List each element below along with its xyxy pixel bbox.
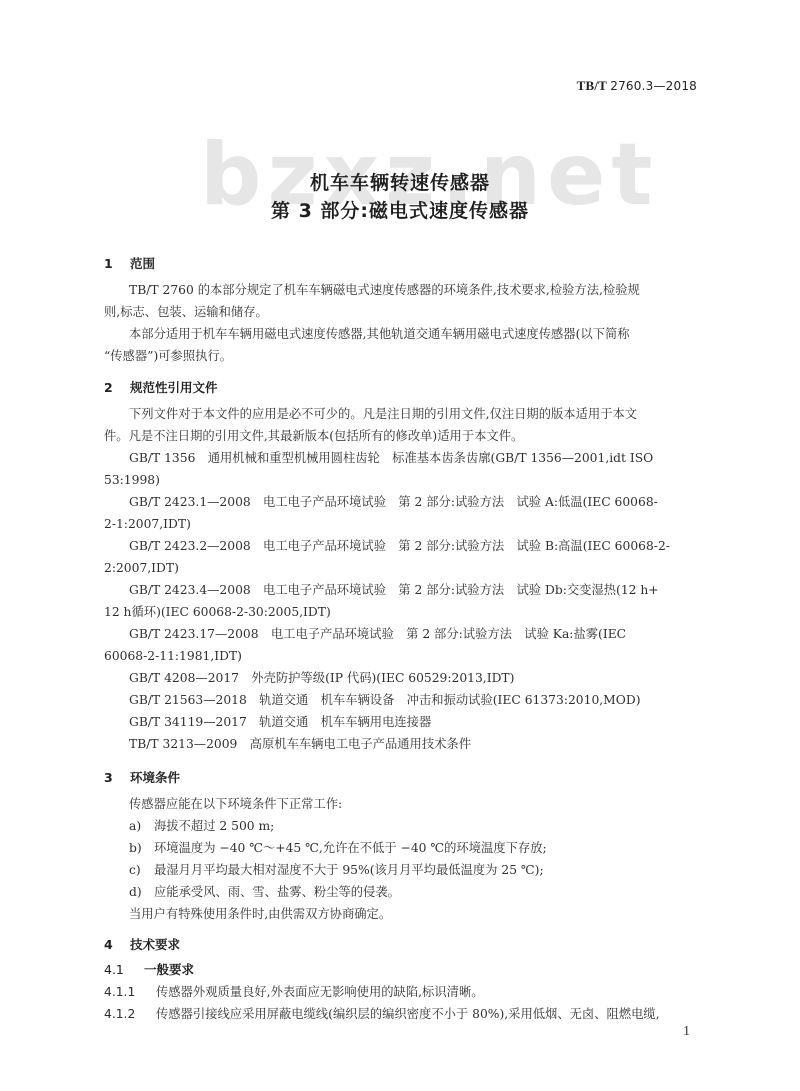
reference-entry: GB/T 1356 通用机械和重型机械用圆柱齿轮 标准基本齿条齿廓(GB/T 1… [129,447,700,469]
reference-entry-cont: 53:1998) [104,469,700,491]
subsection-number: 4.1 [104,962,144,977]
reference-entry: GB/T 21563—2018 轨道交通 机车车辆设备 冲击和振动试验(IEC … [129,689,700,711]
paragraph-line: TB/T 2760 的本部分规定了机车车辆磁电式速度传感器的环境条件,技术要求,… [129,279,700,301]
section-heading-3: 3环境条件 [104,768,180,786]
reference-entry: TB/T 3213—2009 高原机车车辆电工电子产品通用技术条件 [129,733,700,755]
reference-entry: GB/T 2423.1—2008 电工电子产品环境试验 第 2 部分:试验方法 … [129,491,700,513]
paragraph-line: “传感器”)可参照执行。 [104,345,700,367]
clause: 4.1.2传感器引接线应采用屏蔽电缆线(编织层的编织密度不小于 80%),采用低… [104,1004,660,1022]
reference-entry-cont: 2:2007,IDT) [104,557,700,579]
document-title: 机车车辆转速传感器 [0,168,800,195]
reference-entry-cont: 60068-2-11:1981,IDT) [104,645,700,667]
reference-entry: GB/T 2423.4—2008 电工电子产品环境试验 第 2 部分:试验方法 … [129,579,700,601]
clause-number: 4.1.1 [104,985,156,999]
reference-entry-cont: 12 h循环)(IEC 60068-2-30:2005,IDT) [104,601,700,623]
section-number: 2 [104,380,130,395]
reference-entry: GB/T 2423.17—2008 电工电子产品环境试验 第 2 部分:试验方法… [129,623,700,645]
standard-number-header: TB/T 2760.3—2018 [577,78,697,94]
reference-entry-cont: 2-1:2007,IDT) [104,513,700,535]
list-marker: d) [129,881,154,903]
standard-prefix: TB/T [577,78,607,93]
paragraph-line: 则,标志、包装、运输和储存。 [104,301,700,323]
clause-text: 传感器引接线应采用屏蔽电缆线(编织层的编织密度不小于 80%),采用低烟、无卤、… [156,1007,660,1021]
section-title: 技术要求 [130,937,180,952]
clause: 4.1.1传感器外观质量良好,外表面应无影响使用的缺陷,标识清晰。 [104,982,484,1000]
clause-number: 4.1.2 [104,1007,156,1021]
reference-entry: GB/T 2423.2—2008 电工电子产品环境试验 第 2 部分:试验方法 … [129,535,700,557]
paragraph-line: 下列文件对于本文件的应用是必不可少的。凡是注日期的引用文件,仅注日期的版本适用于… [129,403,700,425]
section-number: 3 [104,770,130,785]
reference-entry: GB/T 34119—2017 轨道交通 机车车辆用电连接器 [129,711,700,733]
clause-text: 传感器外观质量良好,外表面应无影响使用的缺陷,标识清晰。 [156,985,484,999]
list-item: c)最湿月月平均最大相对湿度不大于 95%(该月月平均最低温度为 25 ℃); [129,859,544,881]
section-title: 规范性引用文件 [130,380,218,395]
section-heading-2: 2规范性引用文件 [104,378,218,396]
subsection-title: 一般要求 [144,962,194,977]
paragraph-line: 当用户有特殊使用条件时,由供需双方协商确定。 [129,903,700,925]
section-number: 4 [104,937,130,952]
subsection-heading: 4.1一般要求 [104,960,194,978]
standard-code: 2760.3—2018 [610,79,697,93]
list-item: b)环境温度为 −40 ℃～+45 ℃,允许在不低于 −40 ℃的环境温度下存放… [129,837,547,859]
list-item: a)海拔不超过 2 500 m; [129,815,274,837]
section-number: 1 [104,256,130,271]
list-item: d)应能承受风、雨、雪、盐雾、粉尘等的侵袭。 [129,881,400,903]
list-text: 海拔不超过 2 500 m; [154,819,274,833]
document-page: bzxz.net TB/T 2760.3—2018 机车车辆转速传感器 第 3 … [0,0,800,1091]
section-heading-1: 1范围 [104,254,155,272]
section-heading-4: 4技术要求 [104,935,180,953]
list-marker: b) [129,837,154,859]
list-marker: c) [129,859,154,881]
paragraph-line: 本部分适用于机车车辆用磁电式速度传感器,其他轨道交通车辆用磁电式速度传感器(以下… [129,323,700,345]
list-marker: a) [129,815,154,837]
list-text: 应能承受风、雨、雪、盐雾、粉尘等的侵袭。 [154,885,400,899]
page-number: 1 [683,1024,690,1040]
section-title: 环境条件 [130,770,180,785]
paragraph-line: 件。凡是不注日期的引用文件,其最新版本(包括所有的修改单)适用于本文件。 [104,425,700,447]
section-title: 范围 [130,256,155,271]
paragraph-line: 传感器应能在以下环境条件下正常工作: [129,793,700,815]
list-text: 最湿月月平均最大相对湿度不大于 95%(该月月平均最低温度为 25 ℃); [154,863,544,877]
reference-entry: GB/T 4208—2017 外壳防护等级(IP 代码)(IEC 60529:2… [129,667,700,689]
list-text: 环境温度为 −40 ℃～+45 ℃,允许在不低于 −40 ℃的环境温度下存放; [154,841,547,855]
document-subtitle: 第 3 部分:磁电式速度传感器 [0,196,800,223]
